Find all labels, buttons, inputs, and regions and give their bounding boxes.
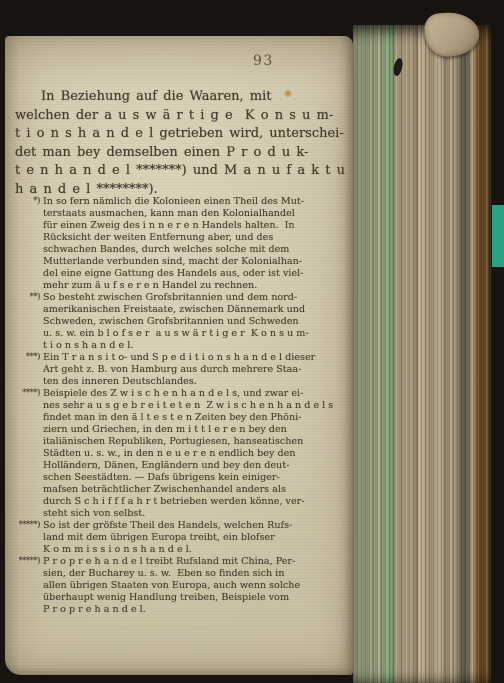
footnote-marker: *) — [33, 196, 40, 207]
footnote-line: u. s. w. ein b l o f s e r a u s w ä r t… — [43, 328, 349, 340]
footnote: ***)Ein T r a n s i t o- und S p e d i t… — [43, 352, 349, 388]
footnote-marker: ***) — [26, 351, 40, 363]
paragraph-line: In Beziehung auf die Waaren, mit — [15, 88, 349, 107]
footnote-line: t i o n s h a n d e l. — [43, 340, 349, 352]
paragraph-line: t i o n s h a n d e l getrieben wird, un… — [15, 125, 349, 144]
footnote-line: sien, der Bucharey u. s. w. Eben so find… — [43, 568, 349, 580]
book-scan: 93 In Beziehung auf die Waaren, mitwelch… — [0, 0, 504, 683]
footnote-line: schwachen Bandes, durch welches solche m… — [43, 244, 349, 256]
footnote: ****)Beispiele des Z w i s c h e n h a n… — [43, 388, 349, 520]
footnote-line: ****)Beispiele des Z w i s c h e n h a n… — [43, 388, 349, 400]
footnote-line: land mit dem übrigen Europa treibt, ein … — [43, 532, 349, 544]
footnote-line: Schweden, zwischen Grofsbritannien und S… — [43, 316, 349, 328]
footnote: *****)So ist der gröfste Theil des Hande… — [43, 520, 349, 556]
footnote-line: Holländern, Dänen, Engländern und bey de… — [43, 460, 349, 472]
paragraph-line: welchen der a u s w ä r t i g e K o n s … — [15, 107, 349, 126]
footnote: **)So besteht zwischen Grofsbritannien u… — [43, 292, 349, 352]
footnote-marker: ****) — [22, 387, 40, 399]
footnote-line: durch S c h i f f f a h r t betrieben we… — [43, 496, 349, 508]
footnote: ******)P r o p r e h a n d e l treibt Ru… — [43, 556, 349, 616]
footnote-line: mafsen beträchtlicher Zwischenhandel and… — [43, 484, 349, 496]
footnote-line: amerikanischen Freistaate, zwischen Dänn… — [43, 304, 349, 316]
teal-patch — [492, 205, 504, 267]
footnote-marker: *****) — [19, 519, 40, 531]
footnote-line: Städten u. s. w., in den n e u e r e n e… — [43, 448, 349, 460]
footnote-line: K o m m i s s i o n s h a n d e l. — [43, 544, 349, 556]
footnote-line: findet man in den ä l t e s t e n Zeiten… — [43, 412, 349, 424]
footnote-marker: **) — [30, 291, 40, 303]
book-fore-edge-pages — [353, 25, 493, 683]
footnote-line: *)In so fern nämlich die Kolonieen einen… — [43, 196, 349, 208]
footnote-line: steht sich von selbst. — [43, 508, 349, 520]
footnote-line: nes sehr a u s g e b r e i t e t e n Z w… — [43, 400, 349, 412]
footnote-line: ziern und Griechen, in den m i t t l e r… — [43, 424, 349, 436]
footnote-line: ******)P r o p r e h a n d e l treibt Ru… — [43, 556, 349, 568]
footnote-line: del eine eigne Gattung des Handels aus, … — [43, 268, 349, 280]
footnote-line: mehr zum ä u f s e r e n Handel zu rechn… — [43, 280, 349, 292]
footnote-line: allen übrigen Staaten von Europa, auch w… — [43, 580, 349, 592]
footnote-marker: ******) — [19, 555, 40, 567]
footnote-section: *)In so fern nämlich die Kolonieen einen… — [19, 196, 349, 616]
footnote-line: überhaupt wenig Handlung treiben, Beispi… — [43, 592, 349, 604]
footnote-line: P r o p r e h a n d e l. — [43, 604, 349, 616]
footnote: *)In so fern nämlich die Kolonieen einen… — [43, 196, 349, 292]
footnote-line: **)So besteht zwischen Grofsbritannien u… — [43, 292, 349, 304]
footnote-line: ***)Ein T r a n s i t o- und S p e d i t… — [43, 352, 349, 364]
footnote-line: Mutterlande verbunden sind, macht der Ko… — [43, 256, 349, 268]
footnote-line: Rücksicht der weiten Entfernung aber, un… — [43, 232, 349, 244]
footnote-line: terstaats ausmachen, kann man den Koloni… — [43, 208, 349, 220]
book-page: 93 In Beziehung auf die Waaren, mitwelch… — [5, 36, 353, 675]
paragraph-line: t e n h a n d e l *******) und M a n u f… — [15, 162, 349, 181]
footnote-line: *****)So ist der gröfste Theil des Hande… — [43, 520, 349, 532]
footnote-line: für einen Zweig des i n n e r e n Handel… — [43, 220, 349, 232]
footnote-line: Art geht z. B. von Hamburg aus durch meh… — [43, 364, 349, 376]
paragraph-line: det man bey demselben einen P r o d u k- — [15, 144, 349, 163]
footnote-line: schen Seestädten. — Dafs übrigens kein e… — [43, 472, 349, 484]
footnote-line: ten des inneren Deutschlandes. — [43, 376, 349, 388]
page-number: 93 — [253, 53, 274, 69]
body-paragraph: In Beziehung auf die Waaren, mitwelchen … — [15, 88, 349, 199]
footnote-line: italiänischen Republiken, Portugiesen, h… — [43, 436, 349, 448]
